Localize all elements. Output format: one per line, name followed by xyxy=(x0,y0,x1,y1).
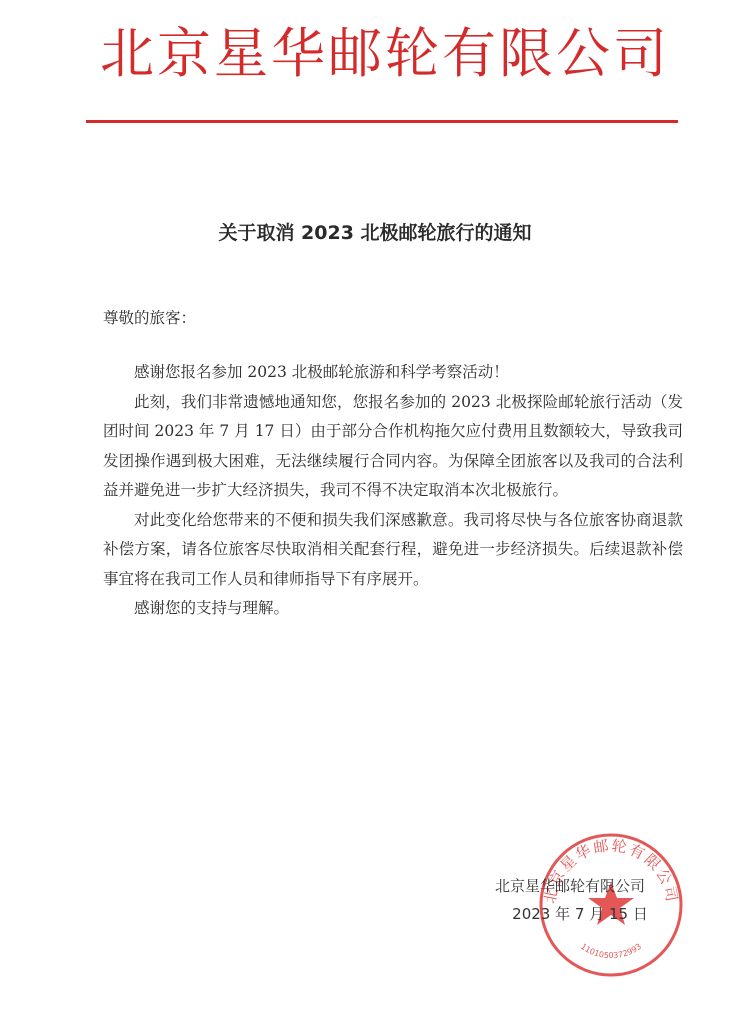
paragraph-closing: 感谢您的支持与理解。 xyxy=(103,594,683,624)
document-title: 关于取消 2023 北极邮轮旅行的通知 xyxy=(0,218,750,245)
stamp-number: 1101050372993 xyxy=(579,942,643,960)
paragraph-cancellation-reason: 此刻，我们非常遗憾地通知您，您报名参加的 2023 北极探险邮轮旅行活动（发团时… xyxy=(103,388,683,506)
paragraph-thanks: 感谢您报名参加 2023 北极邮轮旅游和科学考察活动！ xyxy=(103,358,683,388)
signature-date: 2023 年 7 月 15 日 xyxy=(470,900,670,928)
letterhead-company-name: 北京星华邮轮有限公司 xyxy=(95,18,675,90)
salutation: 尊敬的旅客： xyxy=(103,306,196,328)
letterhead-divider xyxy=(86,120,678,123)
signature-company: 北京星华邮轮有限公司 xyxy=(470,872,670,900)
paragraph-apology-refund: 对此变化给您带来的不便和损失我们深感歉意。我司将尽快与各位旅客协商退款补偿方案，… xyxy=(103,506,683,595)
signature-block: 北京星华邮轮有限公司 2023 年 7 月 15 日 xyxy=(470,872,670,928)
document-body: 感谢您报名参加 2023 北极邮轮旅游和科学考察活动！ 此刻，我们非常遗憾地通知… xyxy=(103,358,683,624)
